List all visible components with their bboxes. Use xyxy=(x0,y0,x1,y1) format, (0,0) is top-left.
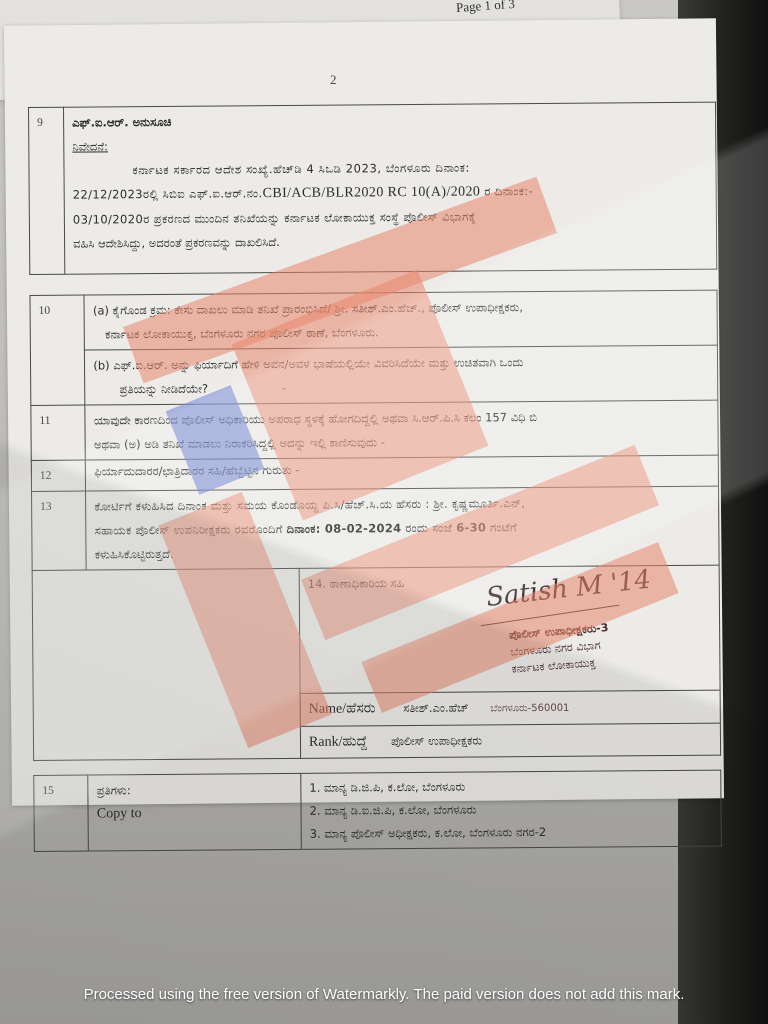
row-number: 15 xyxy=(34,775,89,851)
row-11: 11 ಯಾವುದೇ ಕಾರಣದಿಂದ ಪೊಲೀಸ್ ಅಧಿಕಾರಿಯು ಅಪರಾ… xyxy=(31,400,718,460)
blank-cell xyxy=(32,568,300,760)
fir-schedule-cell: ಎಫ್.ಐ.ಆರ್. ಅನುಸೂಚಿ ನಿವೇದನೆ: ಕರ್ನಾಟಕ ಸರ್ಕ… xyxy=(64,102,717,274)
dispatch-time: 6-30 xyxy=(456,520,486,534)
page-number: 2 xyxy=(330,72,337,88)
body-text: ರ ದಿನಾಂಕ:- xyxy=(480,184,533,198)
rank-cell: Rank/ಹುದ್ದೆ ಪೊಲೀಸ್ ಉಪಾಧೀಕ್ಷಕರು xyxy=(300,723,720,758)
body-text: 22/12/2023ರಲ್ಲಿ ಸಿಬಿಐ ಎಫ್.ಐ.ಆರ್.ನಂ. xyxy=(73,186,263,201)
dispatch-text: ರಂದು ಸಂಜೆ xyxy=(401,521,456,535)
copy-label-kn: ಪ್ರತಿಗಳು: xyxy=(97,777,293,803)
row-10a: 10 (a) ಕೈಗೊಂಡ ಕ್ರಮ: ಕೇಸು ದಾಖಲು ಮಾಡಿ ತನಿಖ… xyxy=(30,290,717,350)
recipient-item: 3. ಮಾನ್ಯ ಪೊಲೀಸ್ ಅಧೀಕ್ಷಕರು, ಕ.ಲೋ, ಬೆಂಗಳೂರ… xyxy=(310,820,713,846)
complainant-signature-cell: ಫಿರ್ಯಾದುದಾರರ/ಛಾತ್ರಿದಾರರ ಸಹಿ/ಹೆಬ್ಬೆಟ್ಟಿನ … xyxy=(86,455,719,491)
recipient-item: 1. ಮಾನ್ಯ ಡಿ.ಜಿ.ಪಿ, ಕ.ಲೋ, ಬೆಂಗಳೂರು xyxy=(309,774,712,800)
row-number: 12 xyxy=(31,460,86,491)
watermark-notice: Processed using the free version of Wate… xyxy=(0,986,768,1003)
question-line: ಪ್ರತಿಯನ್ನು ನೀಡಿದೆಯೇ? xyxy=(119,382,208,397)
case-number: CBI/ACB/BLR2020 RC 10(A)/2020 xyxy=(263,184,481,201)
dispatch-date: ದಿನಾಂಕ: 08-02-2024 xyxy=(287,521,402,536)
rank-label: Rank/ಹುದ್ದೆ xyxy=(309,734,368,749)
action-taken-cell: (a) ಕೈಗೊಂಡ ಕ್ರಮ: ಕೇಸು ದಾಖಲು ಮಾಡಿ ತನಿಖೆ ಪ… xyxy=(84,290,717,350)
fir-table-lower: 10 (a) ಕೈಗೊಂಡ ಕ್ರಮ: ಕೇಸು ದಾಖಲು ಮಾಡಿ ತನಿಖ… xyxy=(29,290,721,852)
row-number: 10 xyxy=(30,295,85,405)
row-number: 9 xyxy=(29,107,65,274)
stamp-line: ಬೆಂಗಳೂರು-560001 xyxy=(490,703,569,715)
row-10b: (b) ಎಫ್.ಐ.ಆರ್. ಅನ್ನು ಫಿರ್ಯಾದಿಗೆ ಹೇಳಿ ಅವನ… xyxy=(30,345,717,405)
row-13: 13 ಕೋರ್ಟಿಗೆ ಕಳುಹಿಸಿದ ದಿನಾಂಕ ಮತ್ತು ಸಮಯ ಕೊ… xyxy=(32,486,720,570)
fir-table-upper: 9 ಎಫ್.ಐ.ಆರ್. ಅನುಸೂಚಿ ನಿವೇದನೆ: ಕರ್ನಾಟಕ ಸರ… xyxy=(28,102,717,275)
name-label: Name/ಹೆಸರು xyxy=(309,701,376,717)
copy-to-label-cell: ಪ್ರತಿಗಳು: Copy to xyxy=(88,773,301,851)
row-number: 13 xyxy=(32,491,87,570)
recipient-item: 2. ಮಾನ್ಯ ಡಿ.ಐ.ಜಿ.ಪಿ, ಕ.ಲೋ, ಬೆಂಗಳೂರು xyxy=(309,797,712,823)
rank-value: ಪೊಲೀಸ್ ಉಪಾಧೀಕ್ಷಕರು xyxy=(391,733,482,748)
body-line: ವಹಿಸಿ ಆದೇಶಿಸಿದ್ದು, ಅದರಂತೆ ಪ್ರಕರಣವನ್ನು ದಾ… xyxy=(73,227,708,256)
dispatch-text: ಸಹಾಯಕ ಪೊಲೀಸ್ ಉಪನಿರೀಕ್ಷಕರು ರವರೊಂದಿಗೆ xyxy=(95,522,287,538)
fir-form: 9 ಎಫ್.ಐ.ಆರ್. ಅನುಸೂಚಿ ನಿವೇದನೆ: ಕರ್ನಾಟಕ ಸರ… xyxy=(28,102,722,852)
dispatch-text: ಗಂಟೆಗೆ xyxy=(486,520,517,534)
answer-value: - xyxy=(282,381,286,395)
row-14: 14. ಠಾಣಾಧಿಕಾರಿಯ ಸಹಿ Satish M '14 ಪೊಲೀಸ್ … xyxy=(32,565,720,695)
row-15: 15 ಪ್ರತಿಗಳು: Copy to 1. ಮಾನ್ಯ ಡಿ.ಜಿ.ಪಿ, … xyxy=(34,770,722,851)
refusal-cell: ಯಾವುದೇ ಕಾರಣದಿಂದ ಪೊಲೀಸ್ ಅಧಿಕಾರಿಯು ಅಪರಾಧ ಸ… xyxy=(85,400,718,460)
official-stamp: ಪೊಲೀಸ್ ಉಪಾಧೀಕ್ಷಕರು-3 ಬೆಂಗಳೂರು ನಗರ ವಿಭಾಗ … xyxy=(508,619,611,678)
refusal-line: ಅಥವಾ (ಅ) ಅಡಿ ತನಿಖೆ ಮಾಡಲು ನಿರಾಕರಿಸಿದ್ದಲ್ಲ… xyxy=(94,428,710,457)
copy-recipients: 1. ಮಾನ್ಯ ಡಿ.ಜಿ.ಪಿ, ಕ.ಲೋ, ಬೆಂಗಳೂರು 2. ಮಾನ… xyxy=(301,770,722,849)
dispatch-line: ಕಳುಹಿಸಿಕೊಟ್ಟಿರುತ್ತದೆ. xyxy=(95,538,711,567)
row-9: 9 ಎಫ್.ಐ.ಆರ್. ಅನುಸೂಚಿ ನಿವೇದನೆ: ಕರ್ನಾಟಕ ಸರ… xyxy=(29,102,717,274)
officer-signature-cell: 14. ಠಾಣಾಧಿಕಾರಿಯ ಸಹಿ Satish M '14 ಪೊಲೀಸ್ … xyxy=(299,565,720,693)
action-line: ಕರ್ನಾಟಕ ಲೋಕಾಯುಕ್ತ, ಬೆಂಗಳೂರು ನಗರ ಪೊಲೀಸ್ ಠ… xyxy=(93,318,709,347)
court-dispatch-cell: ಕೋರ್ಟಿಗೆ ಕಳುಹಿಸಿದ ದಿನಾಂಕ ಮತ್ತು ಸಮಯ ಕೊಂಡೊ… xyxy=(86,486,719,570)
row-number: 11 xyxy=(31,405,86,460)
copy-label-en: Copy to xyxy=(97,801,293,827)
name-value: ಸತೀಶ್.ಎಂ.ಹೆಚ್ xyxy=(403,701,468,716)
name-cell: Name/ಹೆಸರು ಸತೀಶ್.ಎಂ.ಹೆಚ್ ಬೆಂಗಳೂರು-560001 xyxy=(300,690,720,726)
fir-explained-cell: (b) ಎಫ್.ಐ.ಆರ್. ಅನ್ನು ಫಿರ್ಯಾದಿಗೆ ಹೇಳಿ ಅವನ… xyxy=(85,345,718,405)
